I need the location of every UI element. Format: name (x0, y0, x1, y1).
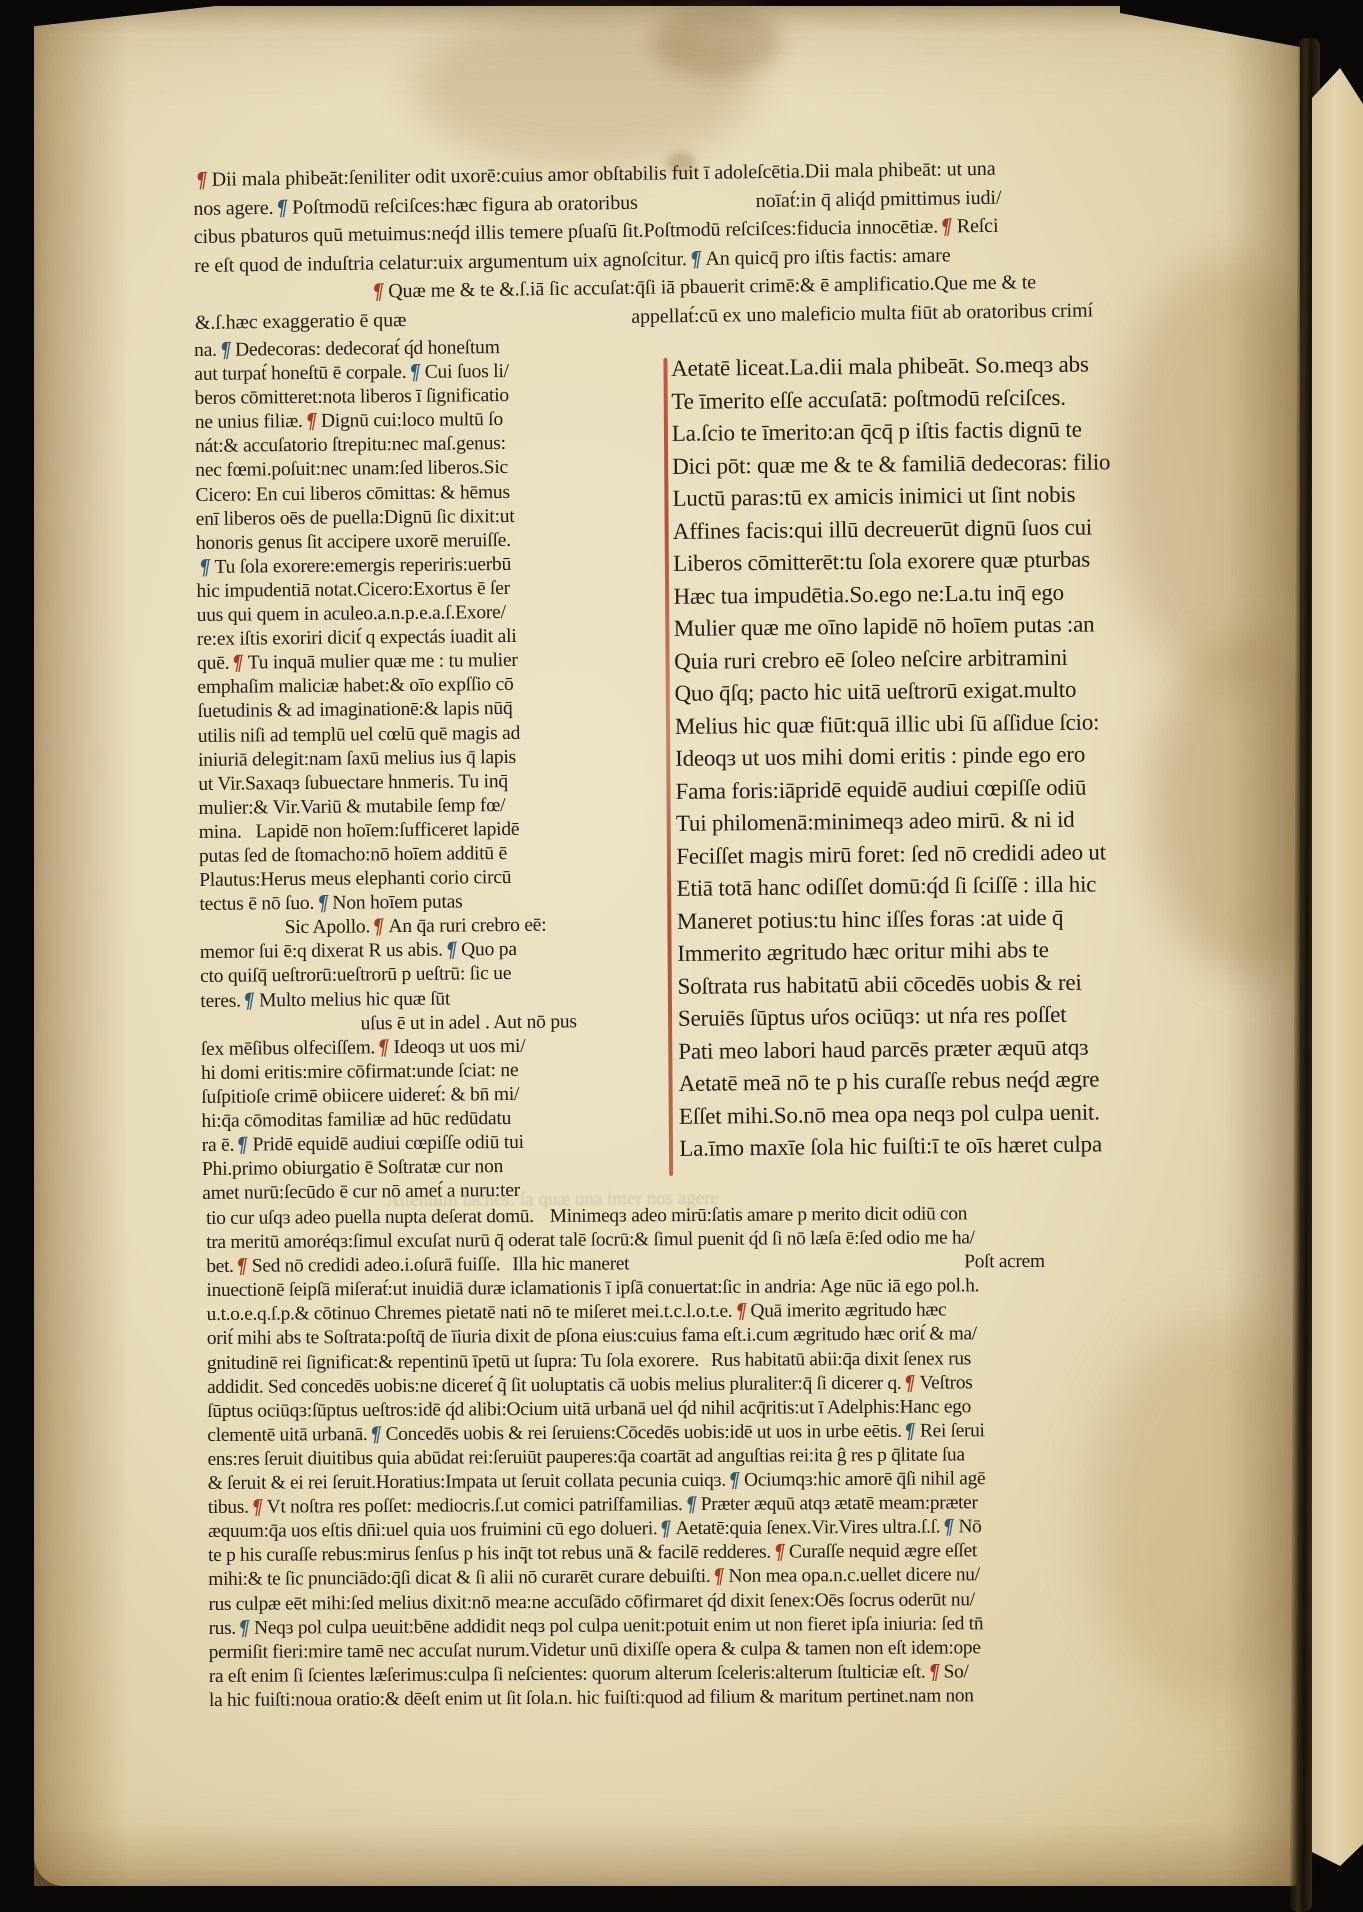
spacer (406, 322, 631, 325)
photo-backdrop: ¶Dii mala phibeāt:ſeniliter odit uxorē:c… (0, 0, 1363, 1912)
pilcrow-mark: ¶ (772, 1540, 786, 1565)
pilcrow-mark: ¶ (235, 1255, 249, 1280)
bottom-commentary-block: tio cur uſqɜ adeo puella nupta deſerat d… (206, 1202, 1201, 1714)
spacer (195, 298, 370, 300)
pilcrow-mark: ¶ (250, 1495, 264, 1520)
text-line: la hic fuiſti:noua oratio:& dēeſt enim u… (209, 1684, 1201, 1714)
pilcrow-mark: ¶ (194, 167, 209, 193)
spacer (200, 933, 285, 934)
text-line: La.īmo maxīe ſola hic fuiſti:ī te oīs hæ… (672, 1130, 1220, 1168)
pilcrow-mark: ¶ (444, 939, 458, 964)
pilcrow-mark: ¶ (407, 361, 421, 386)
pilcrow-mark: ¶ (376, 1036, 390, 1061)
top-commentary-block: ¶Dii mala phibeāt:ſeniliter odit uxorē:c… (193, 155, 1200, 340)
pilcrow-mark: ¶ (242, 989, 256, 1014)
pilcrow-mark: ¶ (235, 1133, 249, 1158)
pilcrow-mark: ¶ (197, 555, 211, 580)
spacer (629, 1268, 964, 1270)
pilcrow-mark: ¶ (218, 338, 232, 363)
pilcrow-mark: ¶ (727, 1468, 741, 1493)
pilcrow-mark: ¶ (733, 1300, 747, 1325)
pilcrow-mark: ¶ (315, 892, 329, 917)
pilcrow-mark: ¶ (304, 410, 318, 435)
pilcrow-mark: ¶ (902, 1371, 916, 1396)
left-commentary-column: na.¶Dedecoras: dedecorat́ q́d honeſtumau… (194, 336, 626, 1207)
pilcrow-mark: ¶ (711, 1565, 725, 1590)
pilcrow-mark: ¶ (370, 279, 385, 305)
pilcrow-mark: ¶ (939, 214, 954, 240)
pilcrow-mark: ¶ (926, 1660, 940, 1685)
pilcrow-mark: ¶ (237, 1616, 251, 1641)
pilcrow-mark: ¶ (658, 1517, 672, 1542)
adjacent-page-edge (1312, 0, 1363, 1912)
pilcrow-mark: ¶ (368, 1422, 382, 1447)
pilcrow-mark: ¶ (371, 915, 385, 940)
book-page: ¶Dii mala phibeāt:ſeniliter odit uxorē:c… (34, 6, 1300, 1886)
spacer (201, 1029, 361, 1031)
pilcrow-mark: ¶ (683, 1493, 697, 1518)
pilcrow-mark: ¶ (274, 195, 289, 221)
main-verse-column: Aetatē liceat.La.dii mala phibeāt. So.me… (664, 350, 1220, 1168)
pilcrow-mark: ¶ (230, 651, 244, 676)
show-through-text: Attentum laches: ſa quæ una inter nos ag… (386, 1188, 719, 1212)
pilcrow-mark: ¶ (903, 1419, 917, 1444)
pilcrow-mark: ¶ (688, 246, 703, 272)
spacer (638, 207, 756, 209)
pilcrow-mark: ¶ (941, 1515, 955, 1540)
printed-text-layer: ¶Dii mala phibeāt:ſeniliter odit uxorē:c… (34, 6, 1300, 1886)
